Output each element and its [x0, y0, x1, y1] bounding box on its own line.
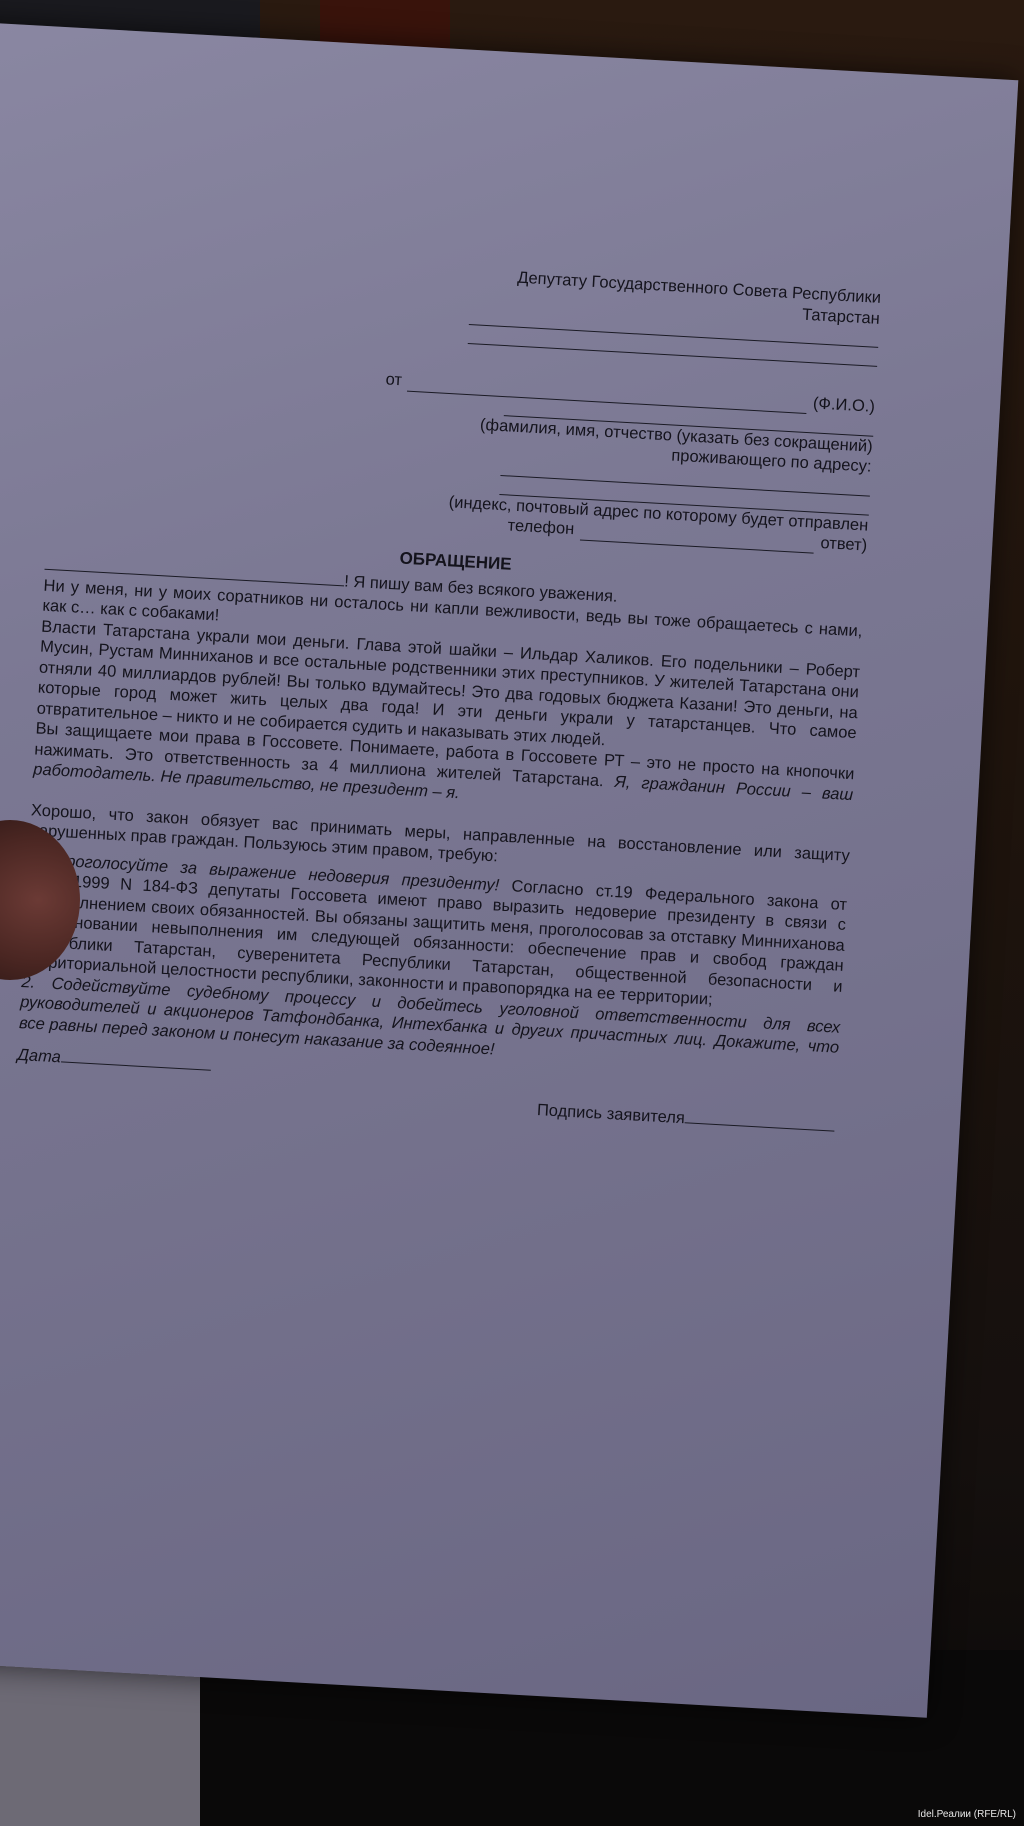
- date-label: Дата: [17, 1046, 61, 1066]
- address-hint-2: ответ): [820, 533, 868, 556]
- from-label: от: [385, 369, 402, 390]
- fio-label: (Ф.И.О.): [812, 393, 875, 417]
- signature-label: Подпись заявителя: [536, 1101, 685, 1127]
- document-body: ! Я пишу вам без всякого уважения. Ни у …: [19, 555, 864, 1079]
- date-field: [61, 1047, 212, 1070]
- signature-field: [685, 1108, 836, 1131]
- photo-credit: Idel.Реалии (RFE/RL): [918, 1809, 1016, 1820]
- phone-label: телефон: [507, 515, 575, 539]
- paper-sheet: Депутату Государственного Совета Республ…: [0, 20, 1018, 1718]
- document: Депутату Государственного Совета Республ…: [15, 242, 881, 1137]
- addressee-block: Депутату Государственного Совета Республ…: [377, 261, 881, 556]
